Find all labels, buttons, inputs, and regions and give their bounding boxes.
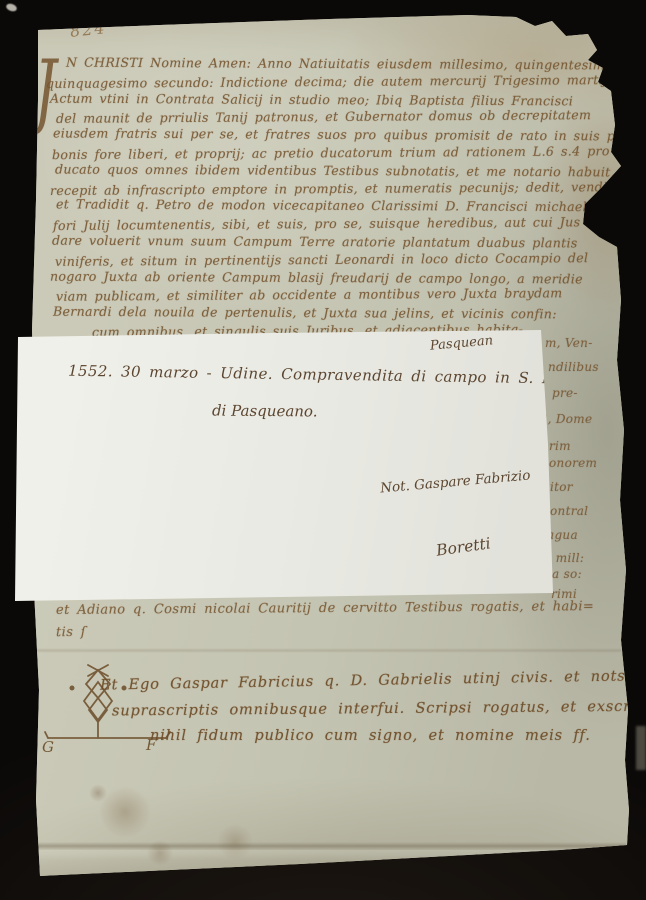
slip-signature: Boretti <box>435 534 492 559</box>
slip-place-line: di Pasqueano. <box>212 402 318 421</box>
manuscript-line-fragment: m, Ven- <box>545 336 593 350</box>
manuscript-line-fragment: ndilibus <box>548 360 599 374</box>
signum-cross <box>88 665 108 676</box>
fold-highlight <box>34 850 626 860</box>
manuscript-line: nogaro Juxta ab oriente Campum blasij fr… <box>50 268 583 286</box>
witness-line: et Adiano q. Cosmi nicolai Cauritij de c… <box>56 599 594 618</box>
signum-letter-f: F <box>146 736 156 754</box>
signum-letter-g: G <box>42 738 54 756</box>
manuscript-line-fragment: itor <box>550 480 573 494</box>
fold-line <box>34 842 626 850</box>
manuscript-line: N CHRISTI Nomine Amen: Anno Natiuitatis … <box>66 55 613 73</box>
manuscript-line: quinquagesimo secundo: Indictione decima… <box>46 72 612 91</box>
folio-mark: 824 <box>69 18 107 41</box>
manuscript-line: fori Julij locumtenentis, sibi, et suis,… <box>53 214 623 233</box>
manuscript-line: bonis fore liberi, et proprij; ac pretio… <box>52 143 646 162</box>
manuscript-line: ducato quos omnes ibidem videntibus Test… <box>55 161 635 179</box>
manuscript-line-fragment: agua <box>547 528 578 542</box>
slip-corner-note: Pasquean <box>429 333 493 353</box>
manuscript-line-fragment: ', Dome <box>544 412 592 426</box>
manuscript-line: Actum vtini in Contrata Salicij in studi… <box>50 90 573 108</box>
subscription-line: suprascriptis omnibusque interfui. Scrip… <box>112 698 646 720</box>
manuscript-line-fragment: pre- <box>552 386 578 400</box>
manuscript-line: et Tradidit q. Petro de modon vicecapita… <box>56 197 646 215</box>
slip-notary-line: Not. Gaspare Fabrizio <box>380 467 531 496</box>
subscription-line: Et Ego Gaspar Fabricius q. D. Gabrielis … <box>100 667 631 693</box>
manuscript-line: dare voluerit vnum suum Campum Terre ara… <box>52 233 578 251</box>
manuscript-line: Bernardi dela nouila de pertenulis, et J… <box>53 304 557 322</box>
corner-speck <box>5 2 18 12</box>
manuscript-line: del maunit de prriulis Tanij patronus, e… <box>56 108 591 127</box>
manuscript-line-fragment: honorem <box>541 456 597 470</box>
photo-stage: 824 J N CHRISTI Nomine Amen: Anno Natiui… <box>0 0 646 900</box>
manuscript-line: viniferis, et situm in pertinentijs sanc… <box>55 250 588 269</box>
witness-line: tis ſ <box>56 625 86 640</box>
manuscript-line: recepit ab infrascripto emptore in promp… <box>50 179 625 198</box>
background-page-edge <box>636 726 646 770</box>
crease-line <box>36 648 621 653</box>
manuscript-line-fragment: rim <box>549 439 571 453</box>
manuscript-line: eiusdem fratris sui per se, et fratres s… <box>53 126 646 144</box>
slip-date-line: 1552. 30 marzo - Udine. Compravendita di… <box>68 362 618 389</box>
manuscript-line: viam publicam, et similiter ab occidente… <box>56 286 563 305</box>
archival-slip: Pasquean 1552. 30 marzo - Udine. Comprav… <box>12 324 560 606</box>
subscription-line: nihil fidum publico cum signo, et nomine… <box>150 727 591 744</box>
